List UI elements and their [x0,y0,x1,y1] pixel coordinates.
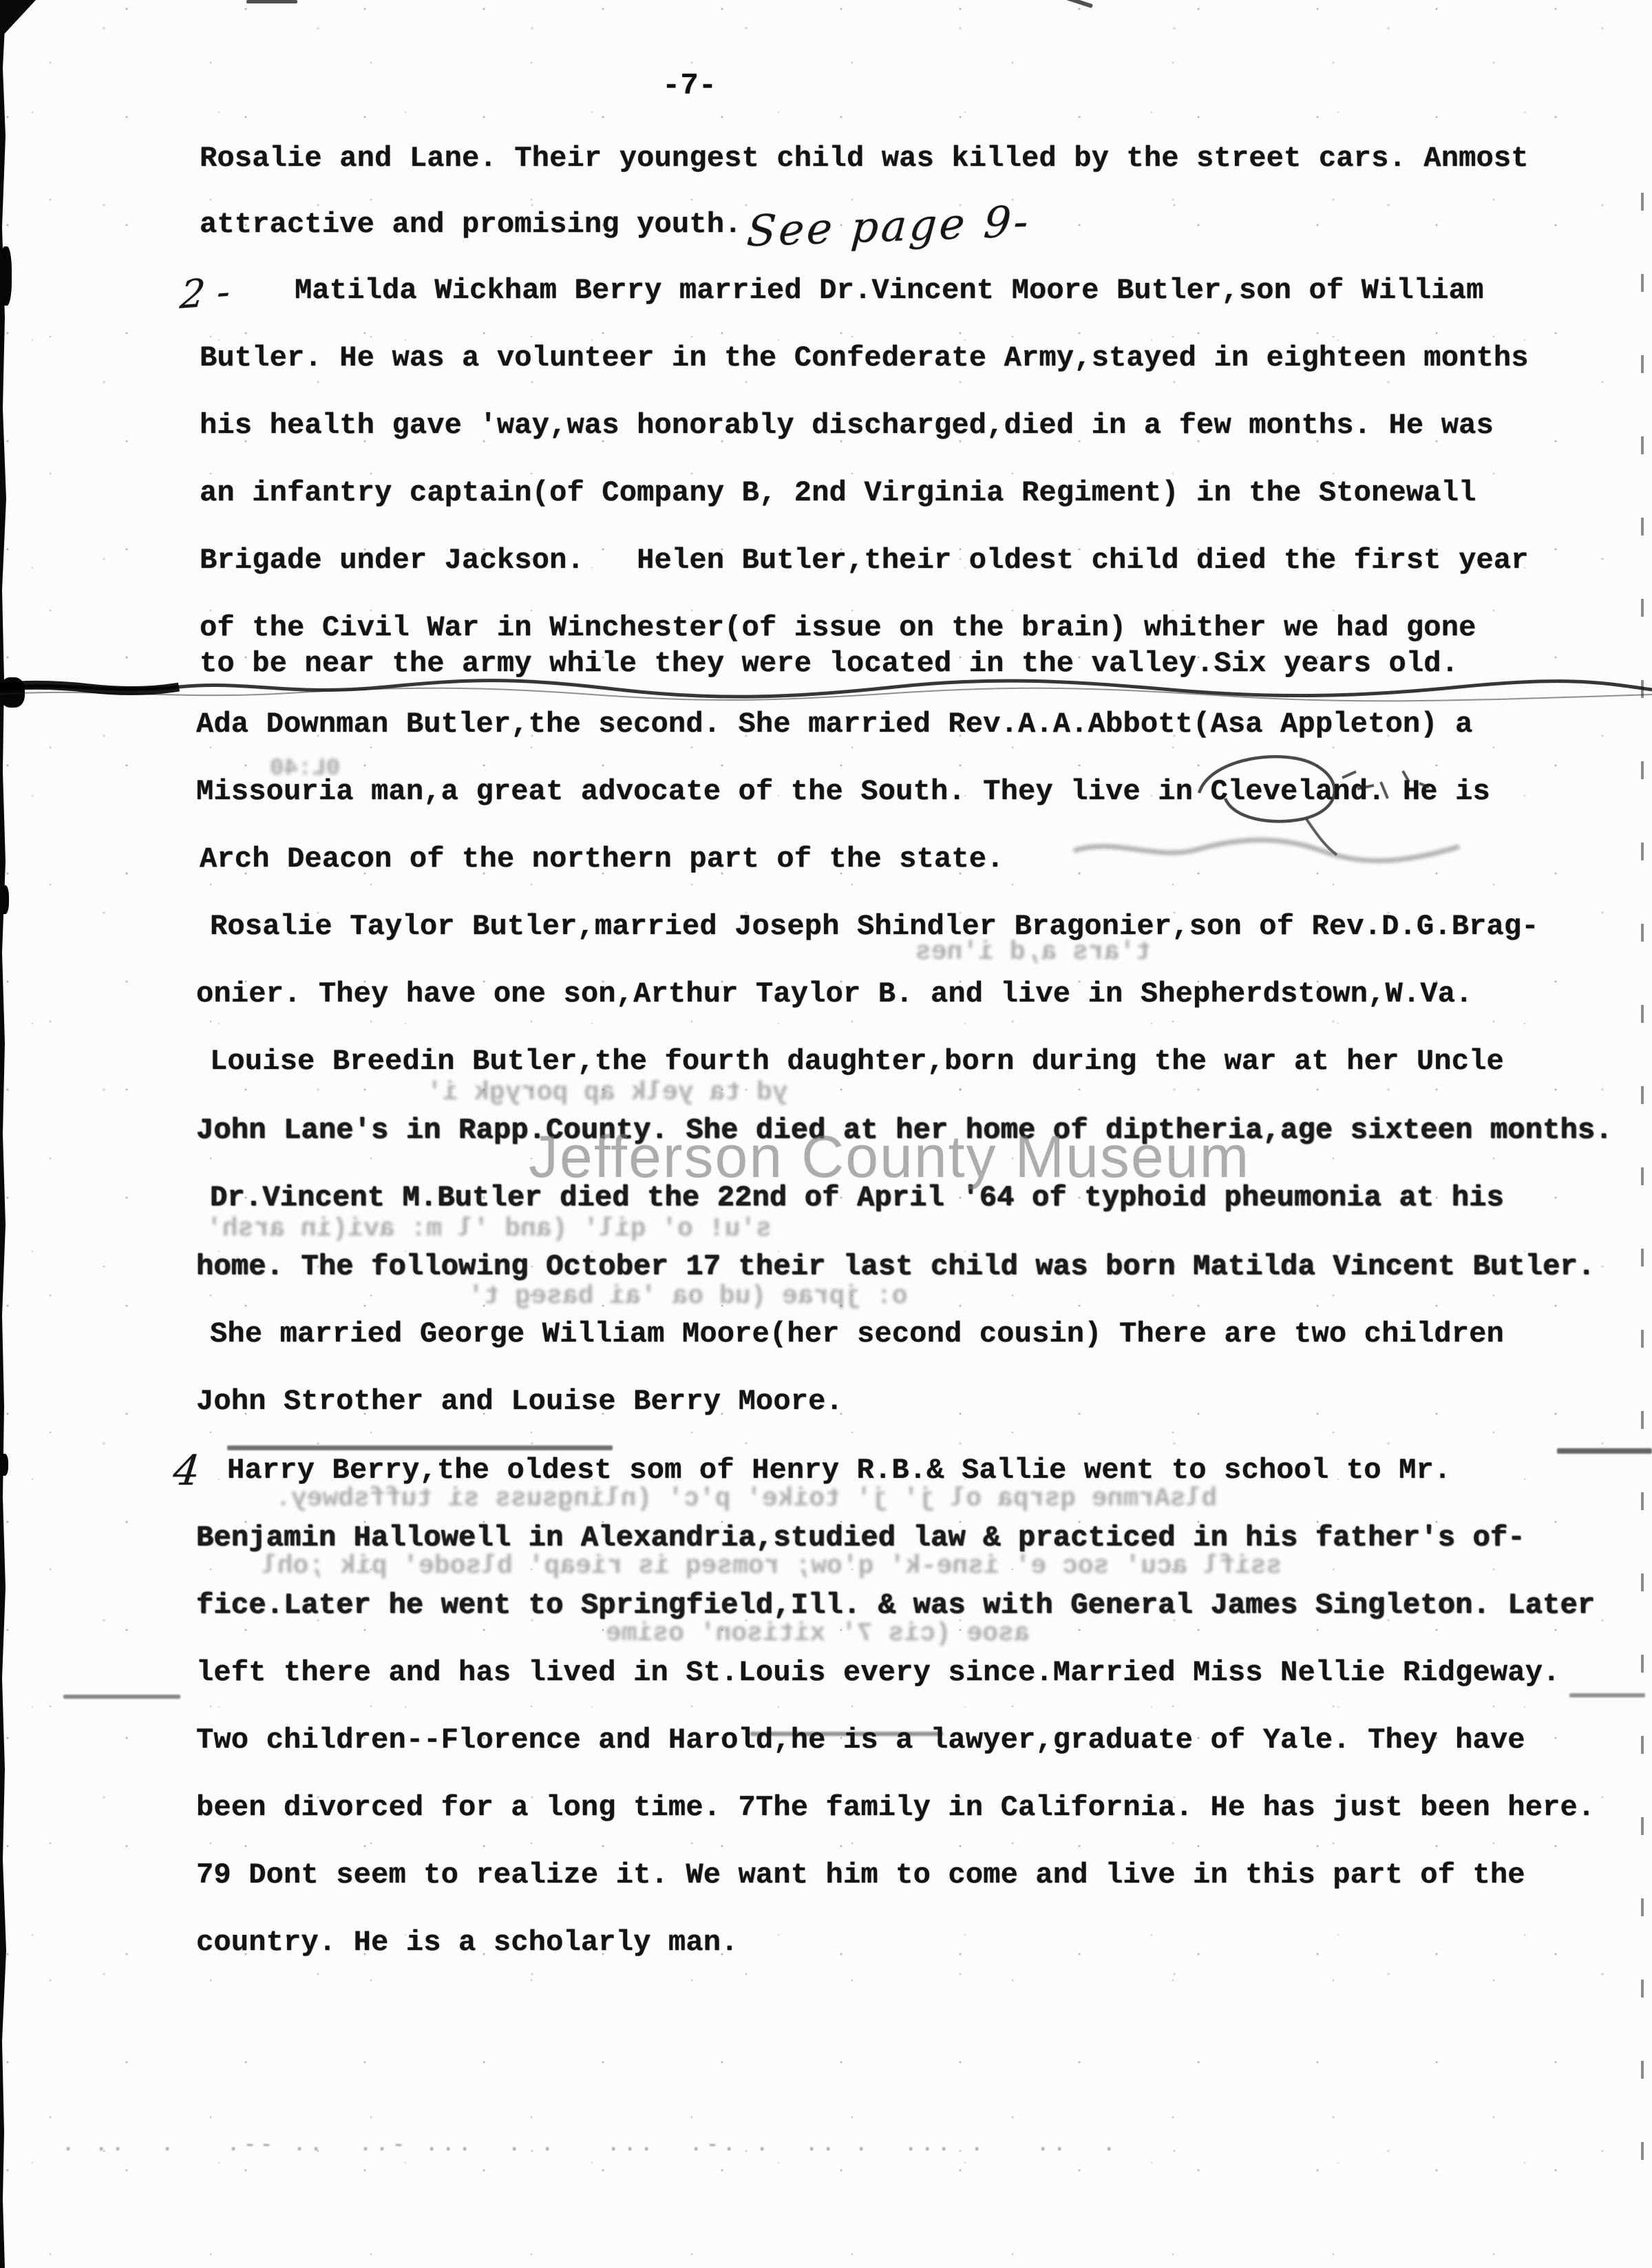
handwritten-item-4-marker: 4 [171,1447,202,1495]
bleed-through-text: blsArmne qsrpa ol j' j' toike' p'c' (nli… [275,1484,1217,1514]
bleed-through-dots: . .. . .-- .. ..- ... . . ... .-. . .. .… [62,2134,1119,2157]
typed-line: John Strother and Louise Berry Moore. [196,1385,843,1418]
typed-line: fice.Later he went to Springfield,Ill. &… [196,1589,1595,1622]
bleed-through-text: ssifl acu' soc e' isne-k' q'ow; romseq i… [262,1551,1282,1581]
typed-line: of the Civil War in Winchester(of issue … [200,611,1476,644]
typed-line: Rosalie and Lane. Their youngest child w… [200,142,1529,175]
bleed-through-text: asoe (cis 7' xitison' osime [606,1619,1030,1649]
ink-blob [0,1454,8,1476]
faint-smudge-squiggle [1074,823,1459,871]
scan-top-edge-mark [1066,0,1093,8]
watermark: Jefferson County Museum [529,1123,1250,1191]
typed-line: been divorced for a long time. 7The fami… [196,1791,1595,1824]
scan-right-edge-artifact [1641,193,1644,2168]
smear-mark [1557,1448,1652,1454]
typed-line: to be near the army while they were loca… [200,647,1459,680]
bleed-through-text: yd ta yelk ap porygk i' [427,1078,788,1107]
handwritten-item-2-marker: 2 - [178,269,233,318]
typed-line: attractive and promising youth. [200,208,742,241]
typed-line: Ada Downman Butler,the second. She marri… [196,708,1473,741]
typed-line: Rosalie Taylor Butler,married Joseph Shi… [210,910,1539,943]
ink-smudge-text: 0L:40 [270,756,340,782]
typed-line: Harry Berry,the oldest som of Henry R.B.… [227,1454,1451,1487]
typed-line: Louise Breedin Butler,the fourth daughte… [210,1045,1504,1078]
typed-line: 79 Dont seem to realize it. We want him … [196,1858,1525,1891]
typed-line: left there and has lived in St.Louis eve… [196,1656,1560,1689]
typed-line: Brigade under Jackson. Helen Butler,thei… [200,544,1529,577]
typed-line: Benjamin Hallowell in Alexandria,studied… [196,1521,1525,1554]
smear-mark [227,1445,613,1450]
smear-mark [63,1695,180,1699]
typed-line: Butler. He was a volunteer in the Confed… [200,341,1529,374]
typed-line: home. The following October 17 their las… [196,1250,1595,1283]
scan-corner-artifact [0,0,36,39]
smear-mark [1569,1693,1645,1697]
typed-line: She married George William Moore(her sec… [210,1317,1504,1350]
typed-line: an infantry captain(of Company B, 2nd Vi… [200,476,1476,509]
page-number: -7- [662,69,717,103]
typed-line: country. He is a scholarly man. [196,1926,739,1959]
typed-line: onier. They have one son,Arthur Taylor B… [196,977,1473,1010]
typed-line: Arch Deacon of the northern part of the … [200,842,1004,876]
scan-left-edge-artifact [0,0,6,2268]
handwritten-see-page-note: See page 9- [745,196,1033,257]
ink-blob [0,885,9,914]
scan-top-edge-mark [246,0,297,3]
typed-line: Two children--Florence and Harold,he is … [196,1724,1525,1757]
ink-blob [0,246,12,306]
bleed-through-text: t'ars a,d i'nes [915,937,1151,967]
typed-line: Matilda Wickham Berry married Dr.Vincent… [295,274,1483,307]
scanned-document-page: -7- Rosalie and Lane. Their youngest chi… [0,0,1652,2268]
bleed-through-text: s'u! o' qil' (and 'l m: avi(in arsh' [206,1214,772,1244]
typed-line: his health gave 'way,was honorably disch… [200,409,1494,442]
bleed-through-text: o: jprae (ud oa 'ai baseg t' [468,1282,908,1311]
